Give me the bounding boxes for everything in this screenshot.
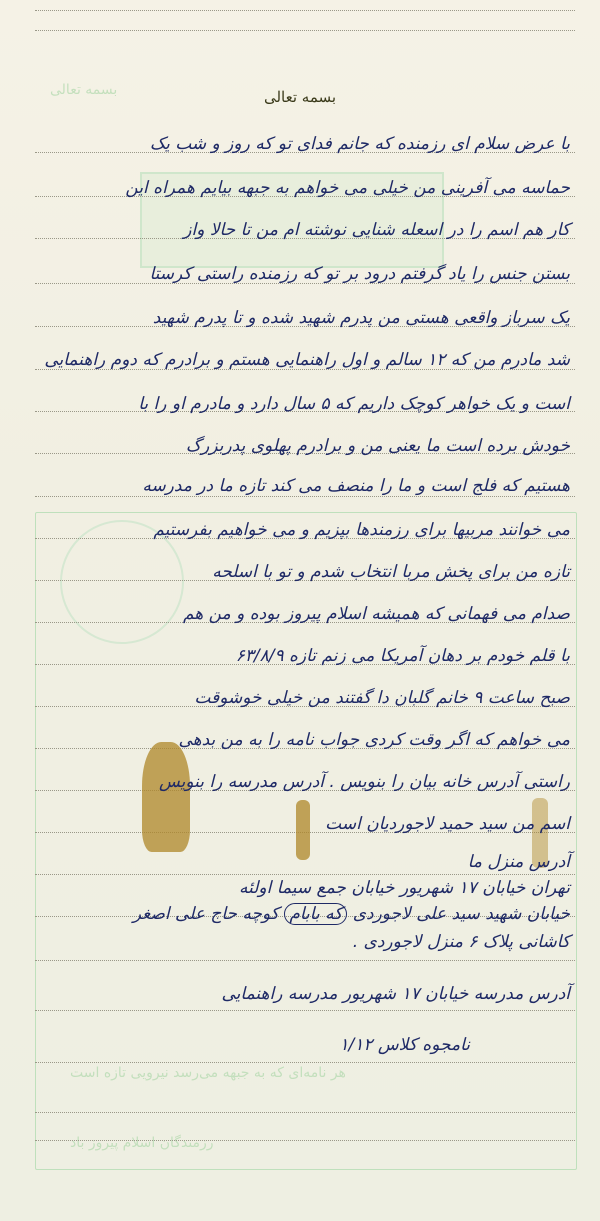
ruled-line bbox=[35, 1140, 575, 1141]
ruled-line bbox=[35, 874, 575, 875]
handwritten-line: صدام می فهمانی که همیشه اسلام پیروز بوده… bbox=[183, 604, 570, 624]
ruled-line bbox=[35, 10, 575, 11]
letterhead-faint-text: بسمه تعالی bbox=[50, 82, 117, 98]
handwritten-line: با قلم خودم بر دهان آمریکا می زنم تازه ۶… bbox=[236, 646, 570, 666]
handwritten-line: نامجوه کلاس ۱/۱۲ bbox=[339, 1035, 470, 1055]
handwritten-line: بستن جنس را یاد گرفتم درود بر تو که رزمن… bbox=[149, 264, 570, 284]
ruled-line bbox=[35, 1112, 575, 1113]
handwritten-line: حماسه می آفرینی من خیلی می خواهم به جبهه… bbox=[125, 178, 570, 198]
handwritten-line: کار هم اسم را در اسعله شنایی نوشته ام من… bbox=[183, 220, 570, 240]
handwritten-line: آدرس منزل ما bbox=[468, 852, 570, 872]
handwritten-line: کاشانی پلاک ۶ منزل لاجوردی . bbox=[353, 932, 570, 952]
handwritten-line: هستیم که فلج است و ما را منصف می کند تاز… bbox=[142, 476, 570, 496]
ruled-line bbox=[35, 1010, 575, 1011]
handwritten-line: راستی آدرس خانه بیان را بنویس . آدرس مدر… bbox=[159, 772, 570, 792]
letter-page: بسمه تعالی هر نامه‌ای که به جبهه می‌رسد … bbox=[0, 0, 600, 1221]
circled-phrase: که بابام bbox=[284, 903, 347, 925]
handwritten-line: اسم من سید حمید لاجوردیان است bbox=[325, 814, 570, 834]
ruled-line bbox=[35, 496, 575, 497]
handwritten-line: است و یک خواهر کوچک داریم که ۵ سال دارد … bbox=[138, 394, 570, 414]
ruled-line bbox=[35, 960, 575, 961]
handwritten-line: آدرس مدرسه خیابان ۱۷ شهریور مدرسه راهنما… bbox=[222, 984, 570, 1004]
footer-faint-text-2: رزمندگان اسلام پیروز باد bbox=[70, 1135, 214, 1151]
heading-bismillah: بسمه تعالی bbox=[260, 90, 340, 104]
tape-stain bbox=[142, 742, 190, 852]
ruled-line bbox=[35, 30, 575, 31]
handwritten-line: خیابان شهید سید علی لاجوردی که بابام کوچ… bbox=[133, 904, 570, 924]
handwritten-line: تازه من برای پخش مربا انتخاب شدم و تو با… bbox=[212, 562, 570, 582]
handwritten-line: خودش برده است ما یعنی من و برادرم پهلوی … bbox=[186, 436, 570, 456]
ruled-line bbox=[35, 1062, 575, 1063]
handwritten-line: شد مادرم من که ۱۲ سالم و اول راهنمایی هس… bbox=[44, 350, 570, 370]
tape-stain bbox=[296, 800, 310, 860]
handwritten-line: یک سرباز واقعی هستی من پدرم شهید شده و ت… bbox=[153, 308, 570, 328]
handwritten-line: می خواهم که اگر وقت کردی جواب نامه را به… bbox=[178, 730, 570, 750]
handwritten-line: صبح ساعت ۹ خانم گلبان دا گفتند من خیلی خ… bbox=[194, 688, 570, 708]
footer-faint-text-1: هر نامه‌ای که به جبهه می‌رسد نیرویی تازه… bbox=[70, 1065, 346, 1081]
handwritten-line: با عرض سلام ای رزمنده که جانم فدای تو که… bbox=[150, 134, 570, 154]
handwritten-line: تهران خیابان ۱۷ شهریور خیابان جمع سیما ا… bbox=[239, 878, 570, 898]
handwritten-line: می خوانند مربیها برای رزمندها بپزیم و می… bbox=[153, 520, 570, 540]
